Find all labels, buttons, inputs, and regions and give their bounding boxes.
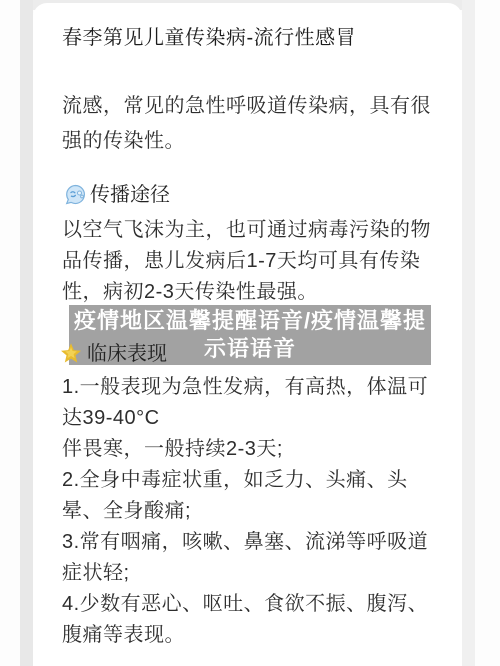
clinical-item: 1.一般表现为急性发病，有高热，体温可达39-40°C xyxy=(62,372,442,434)
clinical-item: 2.全身中毒症状重，如乏力、头痛、头晕、全身酸痛; xyxy=(62,465,442,527)
clinical-heading-label: 临床表现 xyxy=(87,340,167,368)
transmission-body: 以空气飞沫为主，也可通过病毒污染的物品传播，患儿发病后1-7天均可具有传染性，病… xyxy=(62,215,442,308)
article-screenshot: 春李第见儿童传染病-流行性感冒 流感，常见的急性呼吸道传染病，具有很强的传染性。… xyxy=(0,0,500,666)
article-title: 春李第见儿童传染病-流行性感冒 xyxy=(62,23,442,53)
right-gutter xyxy=(462,0,475,666)
clinical-item: 伴畏寒，一般持续2-3天; xyxy=(62,434,442,465)
wind-blowing-face-icon xyxy=(62,183,86,207)
clinical-item: 3.常有咽痛，咳嗽、鼻塞、流涕等呼吸道症状轻; xyxy=(62,527,442,589)
clinical-heading: 临床表现 xyxy=(59,340,442,368)
left-gutter xyxy=(20,0,33,666)
transmission-heading: 传播途径 xyxy=(62,181,442,209)
clinical-item: 4.少数有恶心、呕吐、食欲不振、腹泻、腹痛等表现。 xyxy=(62,589,442,651)
intro-paragraph: 流感，常见的急性呼吸道传染病，具有很强的传染性。 xyxy=(62,89,442,159)
transmission-heading-label: 传播途径 xyxy=(90,181,170,209)
glowing-star-icon xyxy=(59,342,83,366)
clinical-list: 1.一般表现为急性发病，有高热，体温可达39-40°C 伴畏寒，一般持续2-3天… xyxy=(62,372,442,651)
watermark-line1: 疫情地区温馨提醒语音/疫情温馨提 xyxy=(74,307,426,335)
